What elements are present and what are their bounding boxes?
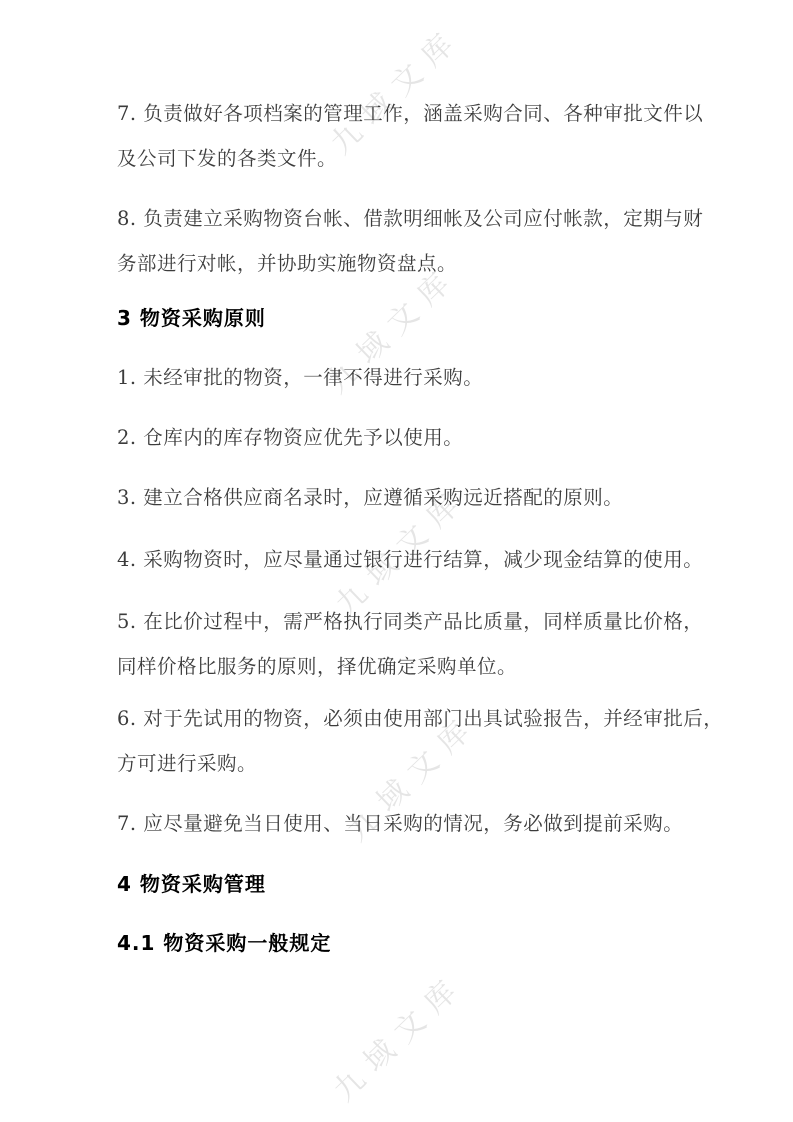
principle-item-2: 2. 仓库内的库存物资应优先予以使用。 <box>117 415 679 460</box>
paragraph-line: 3. 建立合格供应商名录时，应遵循采购远近搭配的原则。 <box>117 475 679 520</box>
section-heading-3: 3 物资采购原则 <box>117 296 679 341</box>
document-page: 九域文库 九域文库 九域文库 九域文库 九域文库 7. 负责做好各项档案的管理工… <box>0 0 793 1122</box>
section-heading-4: 4 物资采购管理 <box>117 862 679 907</box>
paragraph-line: 务部进行对帐，并协助实施物资盘点。 <box>117 241 679 286</box>
principle-item-5: 5. 在比价过程中，需严格执行同类产品比质量，同样质量比价格， 同样价格比服务的… <box>117 599 679 689</box>
principle-item-4: 4. 采购物资时，应尽量通过银行进行结算，减少现金结算的使用。 <box>117 537 679 582</box>
paragraph-line: 及公司下发的各类文件。 <box>117 136 679 181</box>
principle-item-7: 7. 应尽量避免当日使用、当日采购的情况，务必做到提前采购。 <box>117 801 679 846</box>
section-heading-4-1: 4.1 物资采购一般规定 <box>117 921 679 966</box>
paragraph-line: 6. 对于先试用的物资，必须由使用部门出具试验报告，并经审批后， <box>117 696 679 741</box>
paragraph-line: 方可进行采购。 <box>117 741 679 786</box>
paragraph-line: 同样价格比服务的原则，择优确定采购单位。 <box>117 644 679 689</box>
paragraph-duty-8: 8. 负责建立采购物资台帐、借款明细帐及公司应付帐款，定期与财 务部进行对帐，并… <box>117 196 679 286</box>
watermark-text: 九域文库 <box>321 961 472 1109</box>
principle-item-3: 3. 建立合格供应商名录时，应遵循采购远近搭配的原则。 <box>117 475 679 520</box>
principle-item-6: 6. 对于先试用的物资，必须由使用部门出具试验报告，并经审批后， 方可进行采购。 <box>117 696 679 786</box>
principle-item-1: 1. 未经审批的物资，一律不得进行采购。 <box>117 355 679 400</box>
paragraph-line: 4. 采购物资时，应尽量通过银行进行结算，减少现金结算的使用。 <box>117 537 679 582</box>
paragraph-line: 7. 应尽量避免当日使用、当日采购的情况，务必做到提前采购。 <box>117 801 679 846</box>
paragraph-line: 1. 未经审批的物资，一律不得进行采购。 <box>117 355 679 400</box>
paragraph-duty-7: 7. 负责做好各项档案的管理工作，涵盖采购合同、各种审批文件以 及公司下发的各类… <box>117 91 679 181</box>
paragraph-line: 8. 负责建立采购物资台帐、借款明细帐及公司应付帐款，定期与财 <box>117 196 679 241</box>
paragraph-line: 5. 在比价过程中，需严格执行同类产品比质量，同样质量比价格， <box>117 599 679 644</box>
paragraph-line: 2. 仓库内的库存物资应优先予以使用。 <box>117 415 679 460</box>
paragraph-line: 7. 负责做好各项档案的管理工作，涵盖采购合同、各种审批文件以 <box>117 91 679 136</box>
